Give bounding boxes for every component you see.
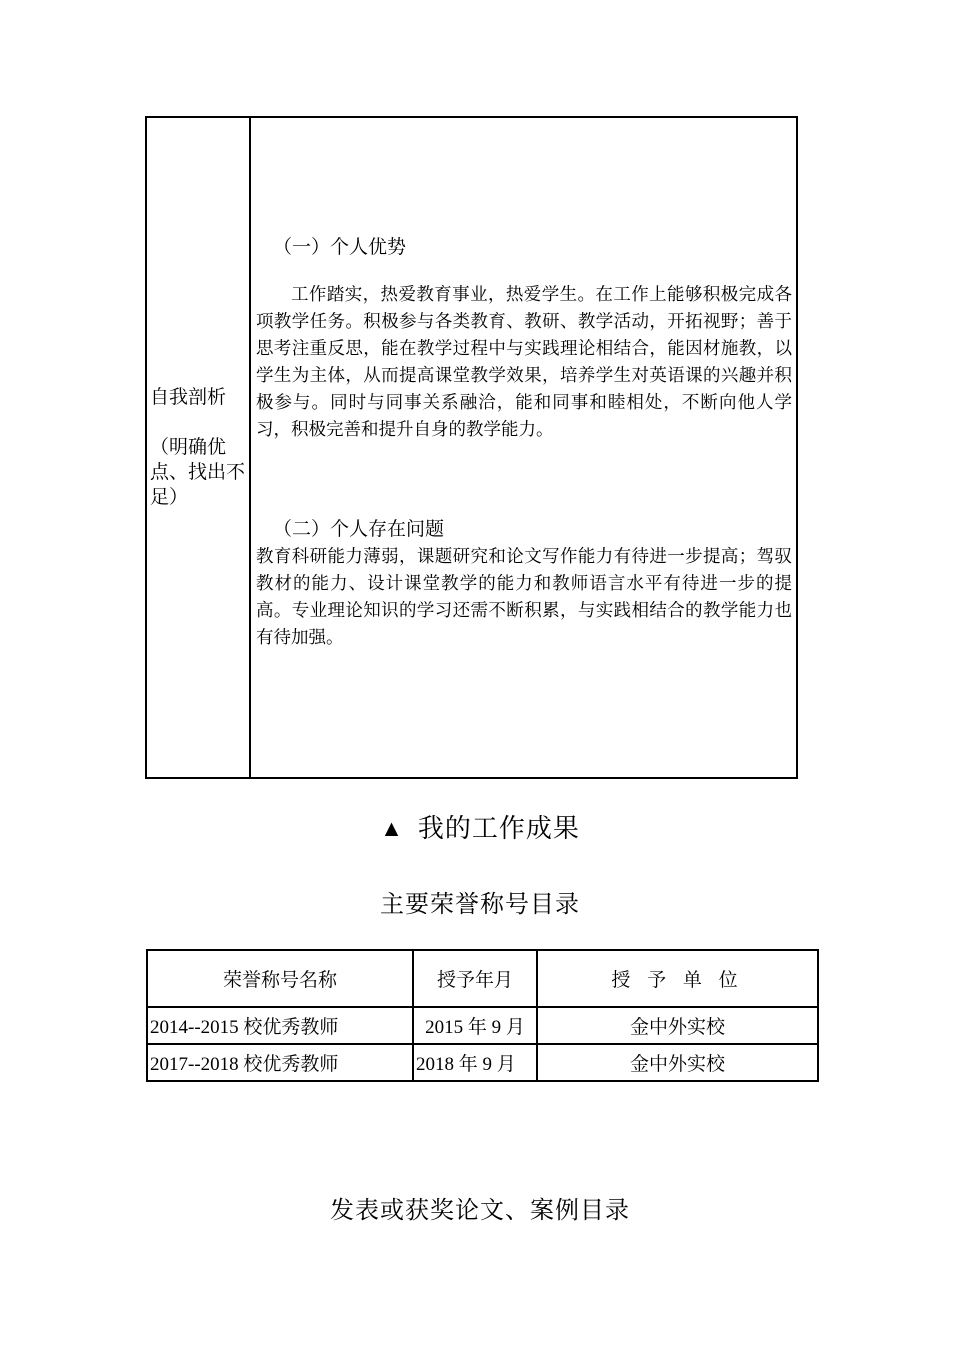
honors-table: 荣誉称号名称 授予年月 授 予 单 位 2014--2015 校优秀教师 201… (146, 949, 819, 1082)
award-unit-cell: 金中外实校 (537, 1007, 818, 1044)
triangle-marker-icon: ▲ (380, 816, 404, 841)
self-analysis-label-note: （明确优点、找出不足） (150, 435, 246, 510)
self-analysis-content-cell: （一）个人优势 工作踏实，热爱教育事业，热爱学生。在工作上能够积极完成各项教学任… (251, 118, 796, 777)
table-row: 2014--2015 校优秀教师 2015 年 9 月 金中外实校 (147, 1007, 818, 1044)
award-date-cell: 2018 年 9 月 (413, 1044, 537, 1081)
honors-list-heading: 主要荣誉称号目录 (0, 884, 960, 919)
self-analysis-label-cell: 自我剖析 （明确优点、找出不足） (147, 118, 251, 777)
self-analysis-table: 自我剖析 （明确优点、找出不足） （一）个人优势 工作踏实，热爱教育事业，热爱学… (145, 116, 798, 779)
self-analysis-label-title: 自我剖析 (150, 385, 246, 410)
table-row: 2017--2018 校优秀教师 2018 年 9 月 金中外实校 (147, 1044, 818, 1081)
honor-name-cell: 2014--2015 校优秀教师 (147, 1007, 413, 1044)
award-date-header: 授予年月 (413, 950, 537, 1007)
papers-list-heading: 发表或获奖论文、案例目录 (0, 1190, 960, 1225)
honors-table-header: 荣誉称号名称 授予年月 授 予 单 位 (147, 950, 818, 1007)
honor-name-header: 荣誉称号名称 (147, 950, 413, 1007)
personal-strengths-paragraph: 工作踏实，热爱教育事业，热爱学生。在工作上能够积极完成各项教学任务。积极参与各类… (256, 281, 792, 443)
award-date-cell: 2015 年 9 月 (413, 1007, 537, 1044)
honors-table-body: 2014--2015 校优秀教师 2015 年 9 月 金中外实校 2017--… (147, 1007, 818, 1081)
work-results-heading: ▲我的工作成果 (0, 808, 960, 845)
award-unit-cell: 金中外实校 (537, 1044, 818, 1081)
personal-strengths-title: （一）个人优势 (256, 234, 792, 261)
personal-problems-title: （二）个人存在问题 (256, 516, 792, 543)
work-results-heading-text: 我的工作成果 (418, 814, 580, 843)
document-page: 自我剖析 （明确优点、找出不足） （一）个人优势 工作踏实，热爱教育事业，热爱学… (0, 0, 960, 1357)
award-unit-header: 授 予 单 位 (537, 950, 818, 1007)
honors-header-row: 荣誉称号名称 授予年月 授 予 单 位 (147, 950, 818, 1007)
honor-name-cell: 2017--2018 校优秀教师 (147, 1044, 413, 1081)
personal-problems-paragraph: 教育科研能力薄弱，课题研究和论文写作能力有待进一步提高；驾驭教材的能力、设计课堂… (256, 543, 792, 651)
